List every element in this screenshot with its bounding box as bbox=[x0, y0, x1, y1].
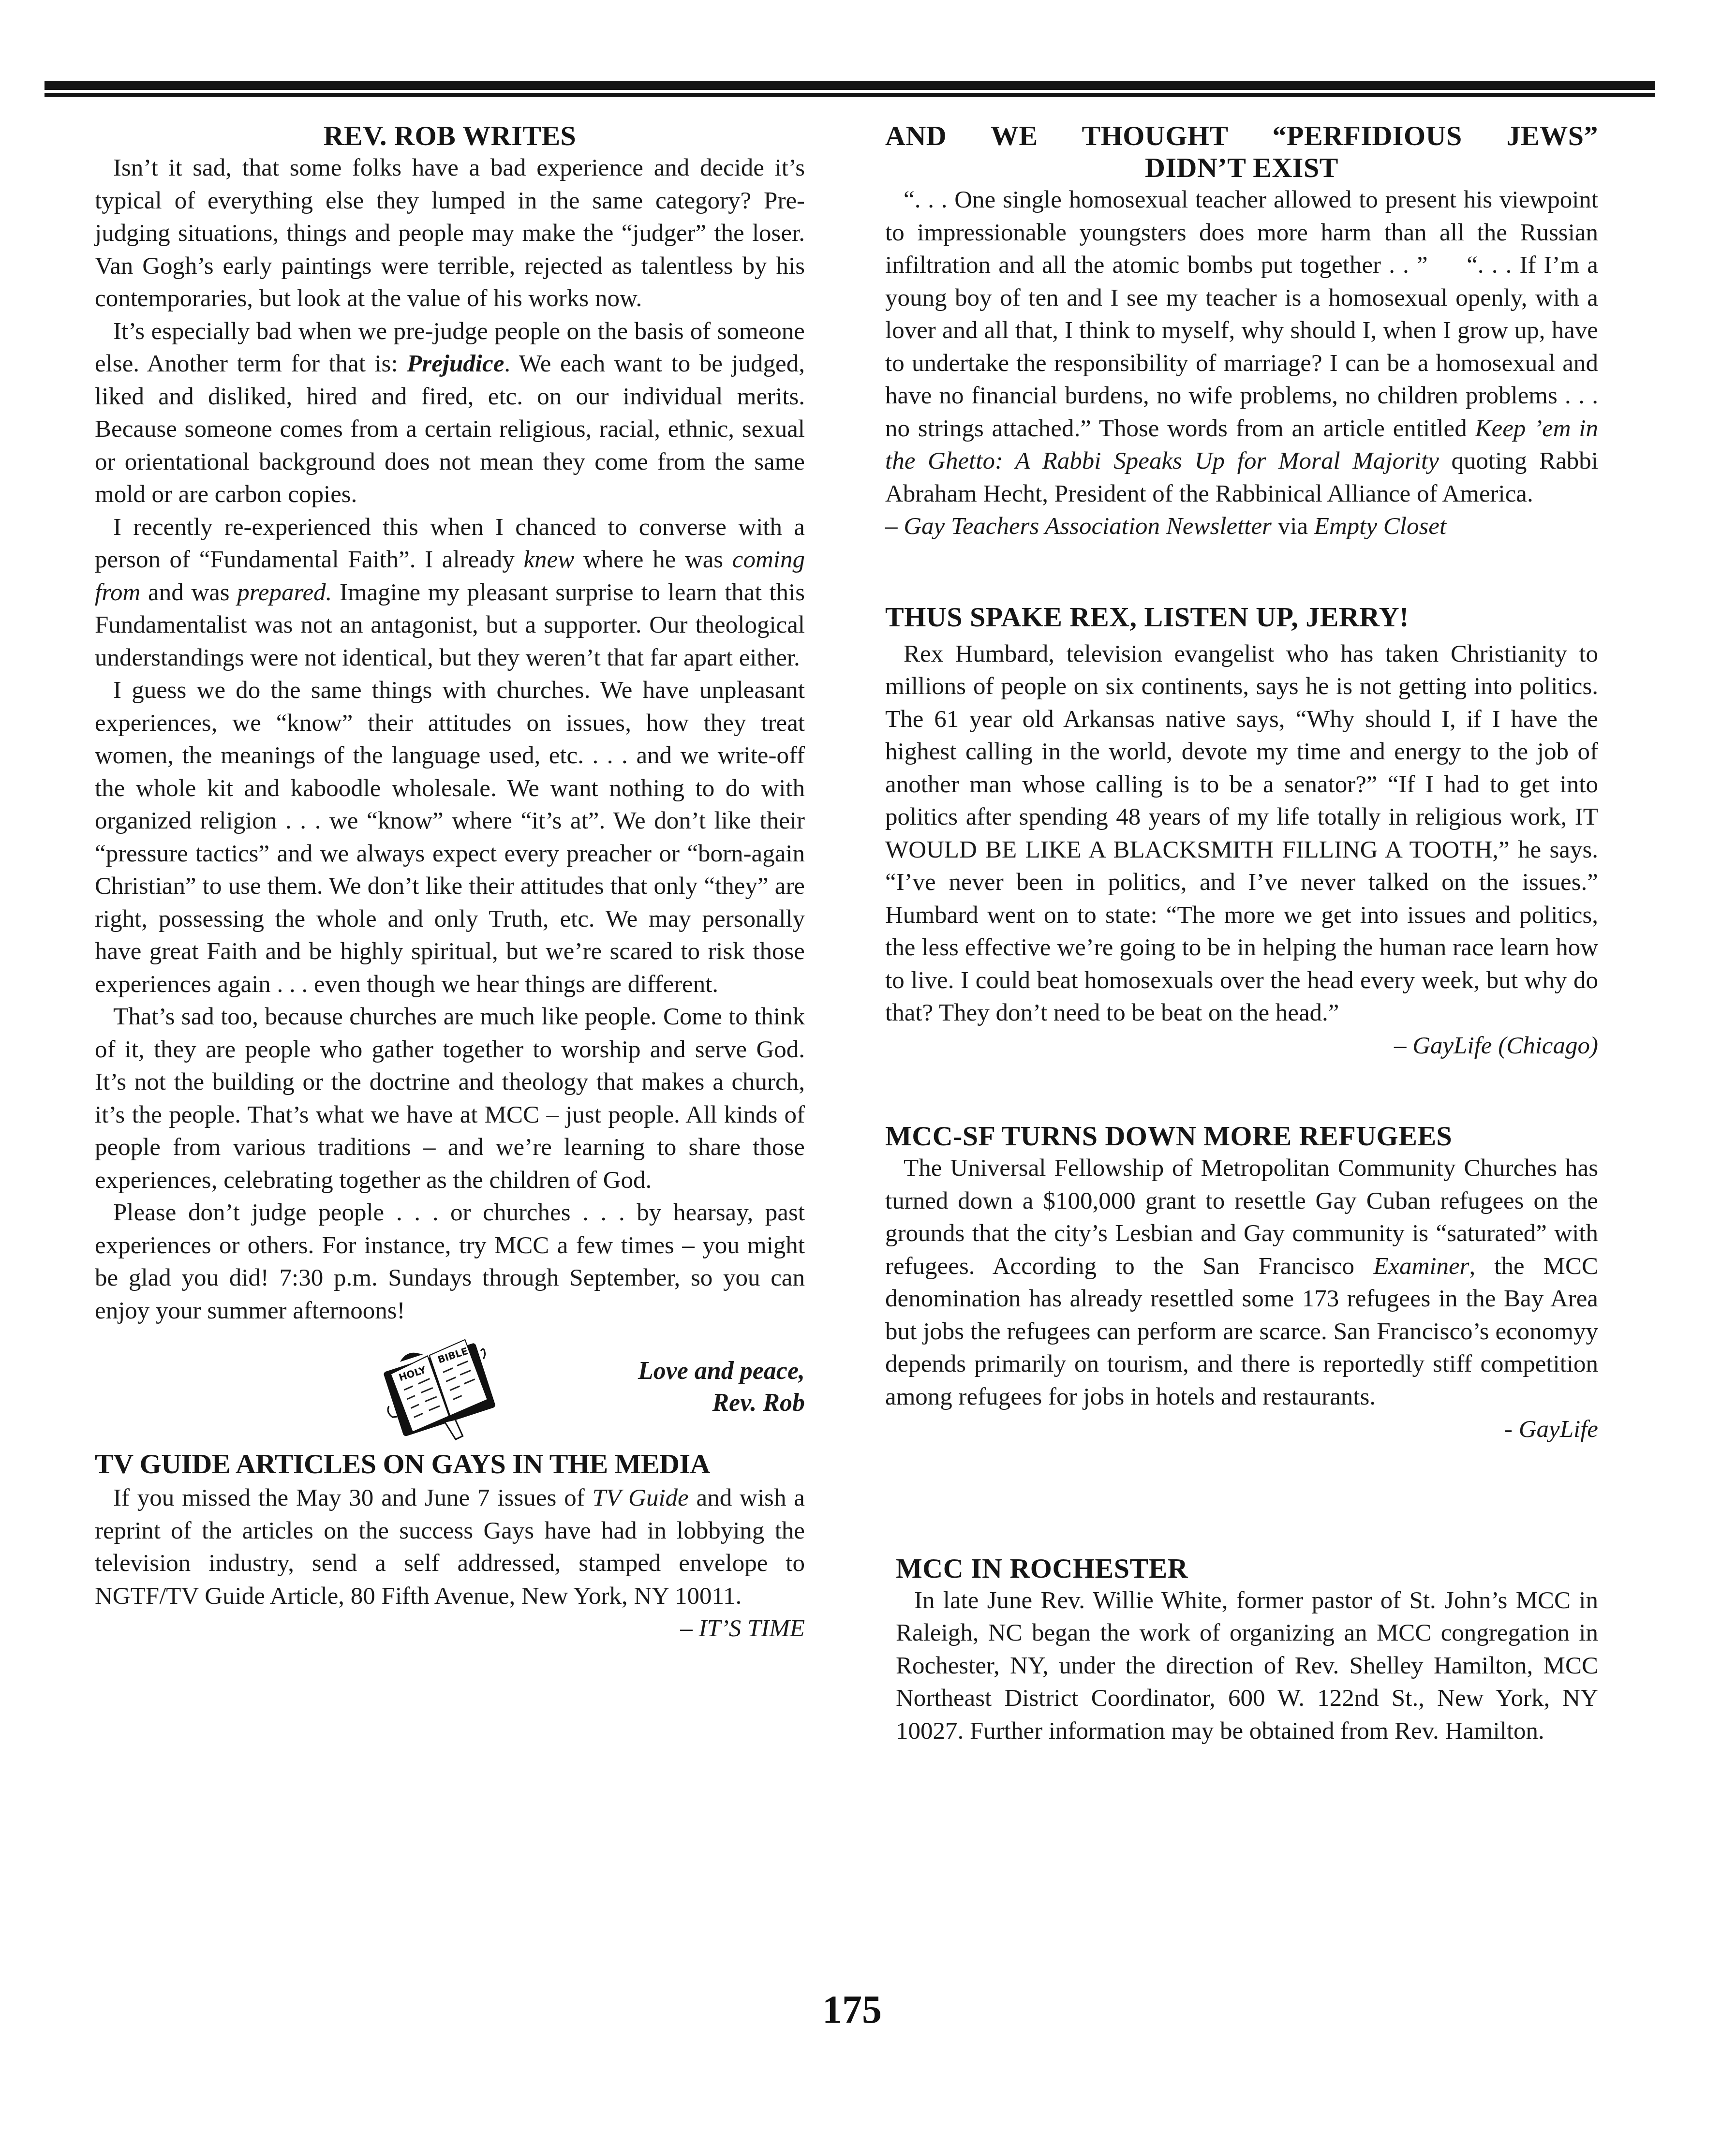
header-rule-thin bbox=[45, 93, 1655, 97]
paragraph: The Universal Fellowship of Metropolitan… bbox=[885, 1152, 1598, 1413]
paragraph: Please don’t judge people . . . or churc… bbox=[95, 1197, 805, 1327]
headline-tv-guide: TV GUIDE ARTICLES ON GAYS IN THE MEDIA bbox=[95, 1448, 805, 1480]
holy-bible-icon: HOLY BIBLE bbox=[374, 1322, 500, 1443]
paragraph: Isn’t it sad, that some folks have a bad… bbox=[95, 152, 805, 315]
article-perfidious: AND WE THOUGHT “PERFIDIOUS JEWS” DIDN’T … bbox=[885, 120, 1598, 543]
source-credit: – GayLife (Chicago) bbox=[885, 1030, 1598, 1063]
article-mcc-sf-refugees: MCC-SF TURNS DOWN MORE REFUGEES The Univ… bbox=[885, 1120, 1598, 1446]
signoff-greeting: Love and peace, bbox=[638, 1355, 805, 1387]
spacer bbox=[885, 543, 1598, 601]
article-tv-guide: TV GUIDE ARTICLES ON GAYS IN THE MEDIA I… bbox=[95, 1448, 805, 1645]
article-rev-rob-writes: REV. ROB WRITES Isn’t it sad, that some … bbox=[95, 120, 805, 1448]
paragraph: It’s especially bad when we pre-judge pe… bbox=[95, 315, 805, 511]
page-number: 175 bbox=[822, 1988, 882, 2031]
source-credit: – Gay Teachers Association Newsletter vi… bbox=[885, 510, 1598, 543]
header-rule-thick bbox=[45, 81, 1655, 90]
emphasis: knew bbox=[523, 546, 574, 573]
paragraph: If you missed the May 30 and June 7 issu… bbox=[95, 1482, 805, 1613]
signoff: Love and peace, Rev. Rob bbox=[638, 1355, 805, 1419]
headline-perfidious-line2: DIDN’T EXIST bbox=[885, 152, 1598, 184]
credit-source: – Gay Teachers Association Newsletter bbox=[885, 513, 1272, 540]
spacer bbox=[885, 1446, 1598, 1553]
headline-rev-rob-writes: REV. ROB WRITES bbox=[95, 120, 805, 152]
paragraph: I guess we do the same things with churc… bbox=[95, 674, 805, 1001]
paragraph: Rex Humbard, television evangelist who h… bbox=[885, 638, 1598, 1030]
emphasis-prejudice: Prejudice bbox=[407, 350, 504, 377]
emphasis-examiner: Examiner bbox=[1373, 1253, 1469, 1280]
left-column: REV. ROB WRITES Isn’t it sad, that some … bbox=[95, 120, 805, 1645]
emphasis-tv-guide: TV Guide bbox=[593, 1484, 689, 1511]
emphasis: prepared. bbox=[237, 579, 332, 606]
headline-mcc-sf-refugees: MCC-SF TURNS DOWN MORE REFUGEES bbox=[885, 1120, 1598, 1152]
headline-thus-spake-rex: THUS SPAKE REX, LISTEN UP, JERRY! bbox=[885, 601, 1598, 633]
paragraph: “. . . One single homosexual teacher all… bbox=[885, 184, 1598, 510]
credit-via: via bbox=[1272, 513, 1314, 540]
text-run: where he was bbox=[574, 546, 732, 573]
article-thus-spake-rex: THUS SPAKE REX, LISTEN UP, JERRY! Rex Hu… bbox=[885, 601, 1598, 1063]
text-run: If you missed the May 30 and June 7 issu… bbox=[113, 1484, 593, 1511]
text-run: “. . . One single homosexual teacher all… bbox=[885, 186, 1598, 442]
signoff-row: HOLY BIBLE bbox=[95, 1327, 805, 1448]
paragraph: I recently re-experienced this when I ch… bbox=[95, 511, 805, 675]
source-credit: - GayLife bbox=[885, 1413, 1598, 1446]
paragraph: That’s sad too, because churches are muc… bbox=[95, 1001, 805, 1197]
spacer bbox=[885, 1062, 1598, 1120]
right-column: AND WE THOUGHT “PERFIDIOUS JEWS” DIDN’T … bbox=[885, 120, 1598, 1747]
paragraph: In late June Rev. Willie White, former p… bbox=[896, 1584, 1598, 1748]
header-rule bbox=[45, 81, 1655, 98]
headline-perfidious-line1: AND WE THOUGHT “PERFIDIOUS JEWS” bbox=[885, 120, 1598, 152]
article-mcc-rochester: MCC IN ROCHESTER In late June Rev. Willi… bbox=[885, 1553, 1598, 1748]
signoff-author: Rev. Rob bbox=[638, 1387, 805, 1419]
text-run: and was bbox=[140, 579, 237, 606]
headline-mcc-rochester: MCC IN ROCHESTER bbox=[896, 1553, 1598, 1584]
source-credit: – IT’S TIME bbox=[95, 1613, 805, 1645]
credit-source: Empty Closet bbox=[1314, 513, 1446, 540]
